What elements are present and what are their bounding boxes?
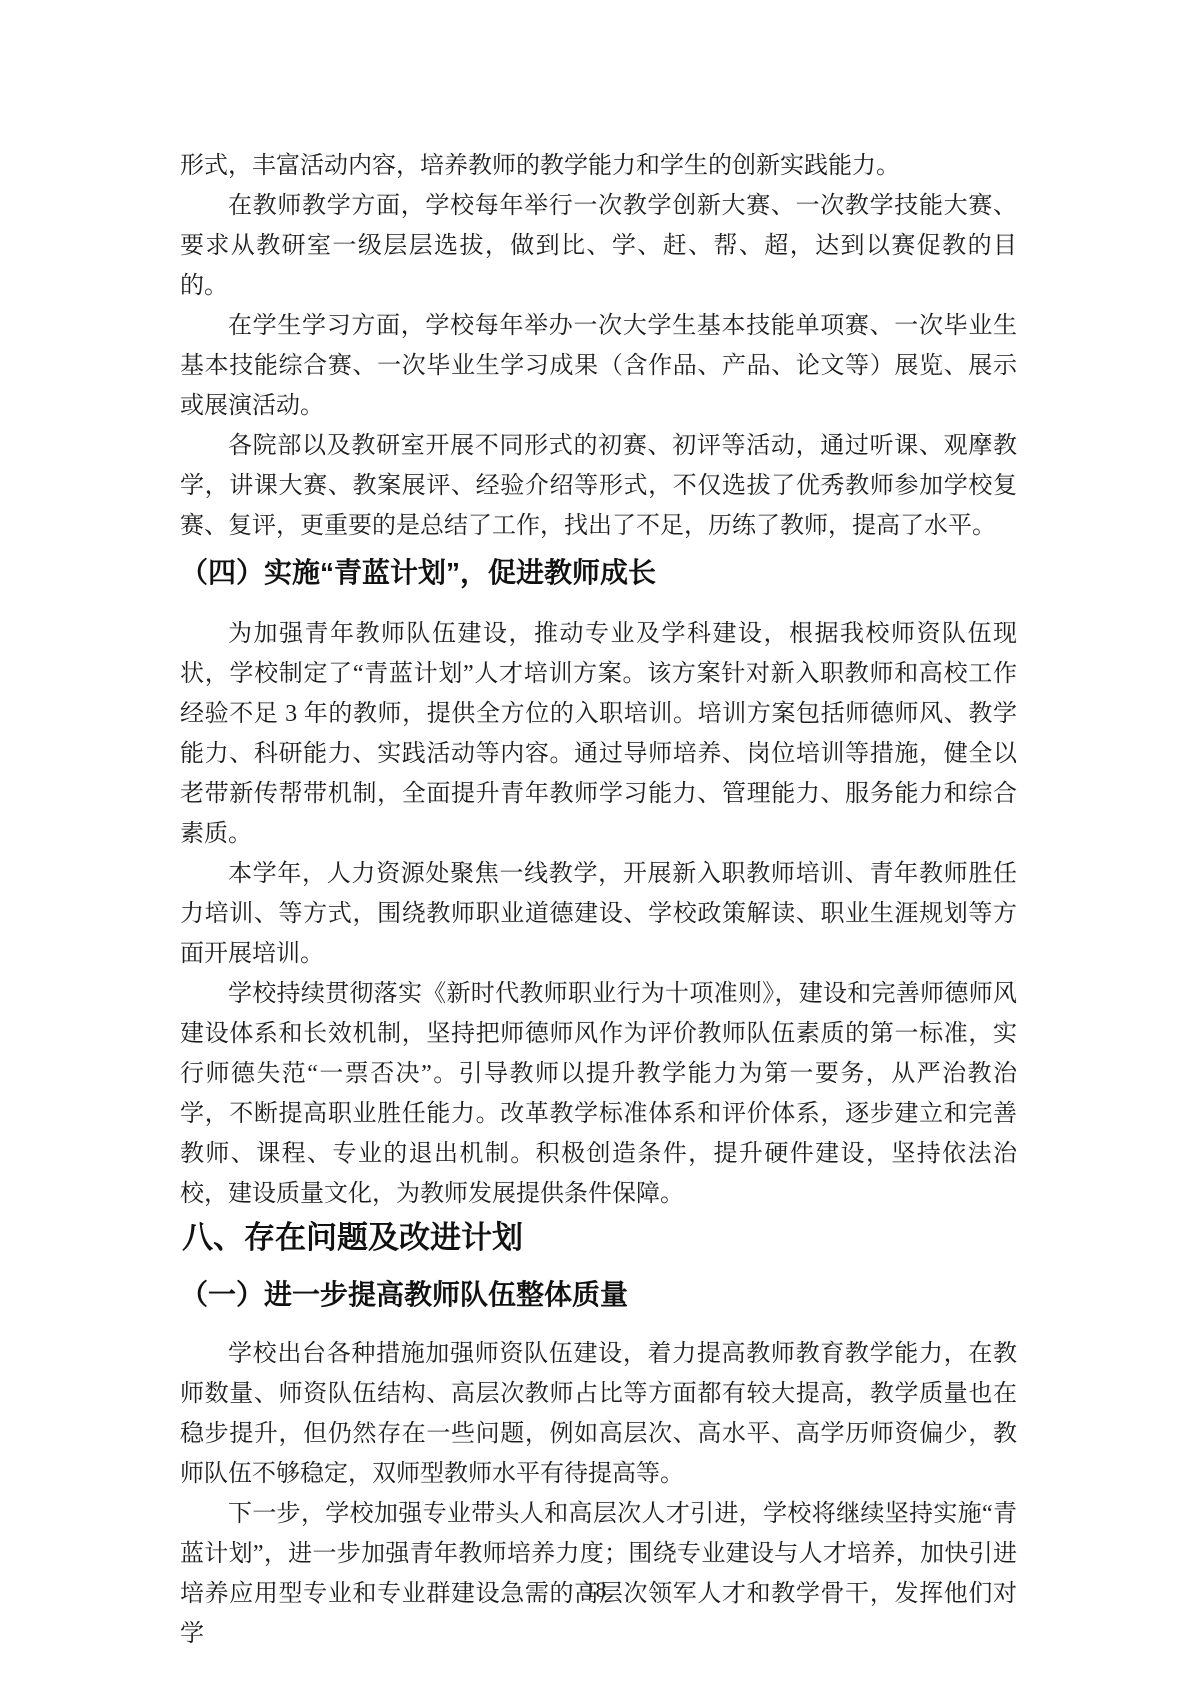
body-paragraph: 在学生学习方面，学校每年举办一次大学生基本技能单项赛、一次毕业生基本技能综合赛、…	[180, 306, 1017, 426]
body-paragraph-continuation: 形式，丰富活动内容，培养教师的教学能力和学生的创新实践能力。	[180, 146, 1017, 186]
body-paragraph: 为加强青年教师队伍建设，推动专业及学科建设，根据我校师资队伍现状，学校制定了“青…	[180, 614, 1017, 854]
chapter-heading-problems-and-improvement: 八、存在问题及改进计划	[182, 1214, 1017, 1262]
body-paragraph: 学校出台各种措施加强师资队伍建设，着力提高教师教育教学能力，在教师数量、师资队伍…	[180, 1334, 1017, 1494]
section-heading-improve-teacher-quality: （一）进一步提高教师队伍整体质量	[180, 1272, 1017, 1318]
document-body: 形式，丰富活动内容，培养教师的教学能力和学生的创新实践能力。 在教师教学方面，学…	[180, 146, 1017, 1654]
body-paragraph: 本学年，人力资源处聚焦一线教学，开展新入职教师培训、青年教师胜任力培训、等方式，…	[180, 854, 1017, 974]
body-paragraph: 在教师教学方面，学校每年举行一次教学创新大赛、一次教学技能大赛、要求从教研室一级…	[180, 186, 1017, 306]
body-paragraph: 下一步，学校加强专业带头人和高层次人才引进，学校将继续坚持实施“青蓝计划”，进一…	[180, 1494, 1017, 1654]
document-page: 形式，丰富活动内容，培养教师的教学能力和学生的创新实践能力。 在教师教学方面，学…	[0, 0, 1191, 1684]
page-number: 18	[0, 1576, 1191, 1604]
section-heading-qinglan-plan: （四）实施“青蓝计划”，促进教师成长	[180, 550, 1017, 596]
body-paragraph: 各院部以及教研室开展不同形式的初赛、初评等活动，通过听课、观摩教学，讲课大赛、教…	[180, 426, 1017, 546]
body-paragraph: 学校持续贯彻落实《新时代教师职业行为十项准则》，建设和完善师德师风建设体系和长效…	[180, 974, 1017, 1214]
